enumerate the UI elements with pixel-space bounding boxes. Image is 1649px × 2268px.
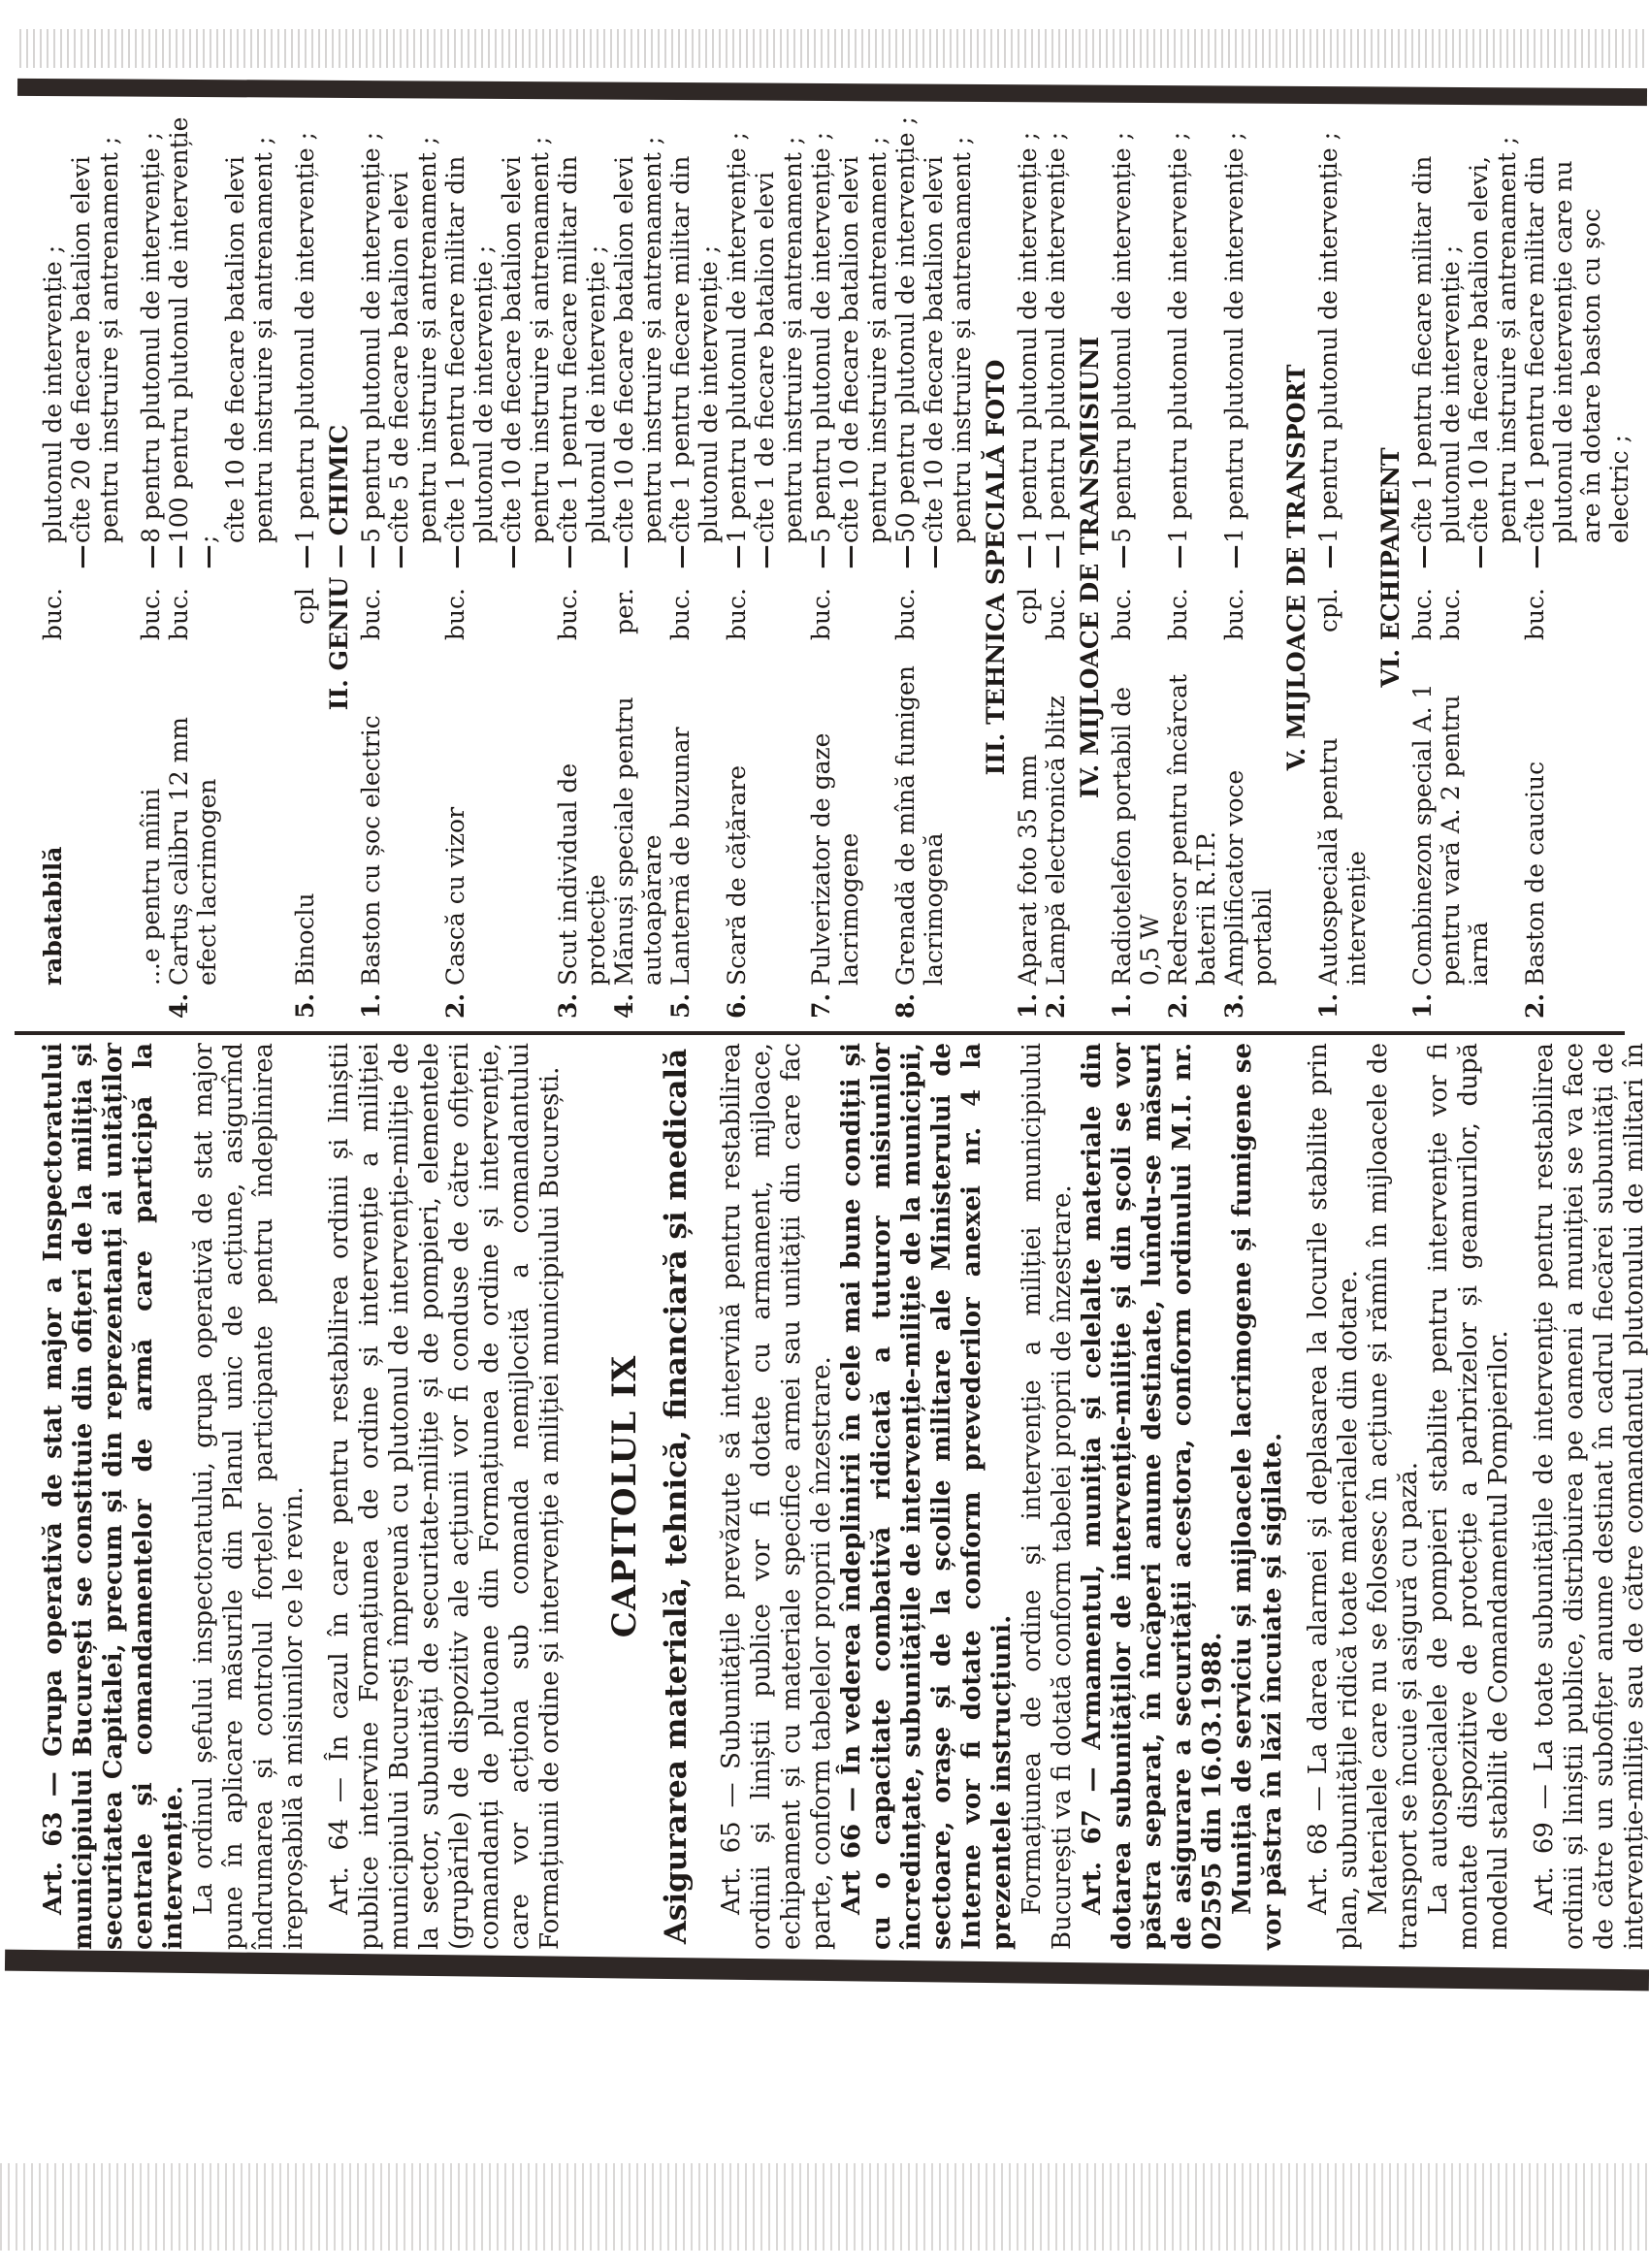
table-row: 1.Aparat foto 35 mmcpl—1 pentru plutonul… (1014, 116, 1042, 1019)
section-header-foto: III. TEHNICA SPECIALĂ FOTO (976, 116, 1014, 1019)
equipment-table: rabatabilă buc. plutonul de intervenție … (39, 116, 1649, 1019)
table-row: 1.Autospecială pentru intervențiecpl.—1 … (1314, 116, 1371, 1019)
articles-column: Art. 63 — Grupa operativă de stat major … (39, 1043, 1630, 1950)
art69: Art. 69 — La toate subunitățile de inter… (1530, 1043, 1649, 1950)
scan-noise-bottom (0, 2163, 1649, 2251)
art63-p2: La ordinul șefului inspectoratului, grup… (189, 1043, 309, 1950)
page-edge-bar-bottom (5, 1950, 1649, 1992)
art67-p2: Muniția de serviciu și mijloacele lacrim… (1228, 1043, 1288, 1950)
table-row: 4. Cartuș calibru 12 mm efect lacrimogen… (165, 116, 277, 1019)
art66-lead: Art 66 — În vederea îndeplinirii în cele… (837, 1043, 1018, 1950)
art66-p2: Formațiunea de ordine și intervenție a m… (1018, 1043, 1078, 1950)
art68-p3: La autospecialele de pompieri stabilite … (1424, 1043, 1514, 1950)
section-header-transport: V. MIJLOACE DE TRANSPORT (1277, 116, 1314, 1019)
section-header-geniu-chimic: II. GENIU — CHIMIC (319, 116, 357, 1019)
art68-p2: Materialele care nu se folosesc în acțiu… (1364, 1043, 1424, 1950)
art64-lead: Art. 64 — În cazul în care pentru restab… (325, 1043, 566, 1950)
table-row: 1.Radiotelefon portabil de 0,5 Wbuc.—5 p… (1108, 116, 1164, 1019)
scan-noise-top (19, 29, 1649, 68)
art63-lead: Art. 63 — Grupa operativă de stat major … (39, 1043, 189, 1950)
table-row: 6.Scară de cățărarebuc.——1 pentru pluton… (723, 116, 807, 1019)
table-row: — cîte 20 de fiecare batalion elevi pent… (67, 116, 123, 1019)
table-row: 2.Cască cu vizorbuc.——cîte 1 pentru fiec… (441, 116, 554, 1019)
section-header-transmisiuni: IV. MIJLOACE DE TRANSMISIUNI (1070, 116, 1108, 1019)
page-edge-bar-top (17, 79, 1647, 106)
rotated-page: Art. 63 — Grupa operativă de stat major … (39, 107, 1630, 1950)
table-row: 2.Redresor pentru încărcat baterii R.T.P… (1164, 116, 1220, 1019)
art65: Art. 65 — Subunitățile prevăzute să inte… (717, 1043, 837, 1950)
table-row: rabatabilă buc. plutonul de intervenție … (39, 116, 67, 1019)
table-row: 5.Lanternă de buzunarbuc.—cîte 1 pentru … (666, 116, 723, 1019)
table-row: 7.Pulverizator de gaze lacrimogenebuc.——… (807, 116, 891, 1019)
table-row: 3.Scut individual de protecțiebuc.—cîte … (554, 116, 610, 1019)
table-row: 1.Baston cu șoc electricbuc.——5 pentru p… (357, 116, 441, 1019)
table-row: 4.Mănuși speciale pentru autoapărareper.… (610, 116, 666, 1019)
section-header-echipament: VI. ECHIPAMENT (1371, 116, 1408, 1019)
table-row: 1.Combinezon special A. 1 pentru vară A.… (1408, 116, 1521, 1019)
table-row: 8.Grenadă de mînă fumigen lacrimogenăbuc… (891, 116, 976, 1019)
equipment-column: rabatabilă buc. plutonul de intervenție … (39, 116, 1630, 1019)
chapter-subtitle: Asigurarea materială, tehnică, financiar… (662, 1043, 692, 1950)
art67-lead: Art. 67 — Armamentul, muniția și celelal… (1078, 1043, 1228, 1950)
art68-lead: Art. 68 — La darea alarmei și deplasarea… (1304, 1043, 1364, 1950)
table-row: 2.Lampă electronică blitzbuc.—1 pentru p… (1042, 116, 1070, 1019)
table-row: ...e pentru mîini buc. — 8 pentru pluton… (137, 116, 165, 1019)
chapter-title: CAPITOLUL IX (610, 1043, 640, 1950)
table-row: 5. Binoclu cpl — 1 pentru plutonul de in… (291, 116, 319, 1019)
table-row: 3.Amplificator voce portabilbuc.—1 pentr… (1220, 116, 1277, 1019)
table-row: 2.Baston de cauciucbuc.—cîte 1 pentru fi… (1521, 116, 1633, 1019)
